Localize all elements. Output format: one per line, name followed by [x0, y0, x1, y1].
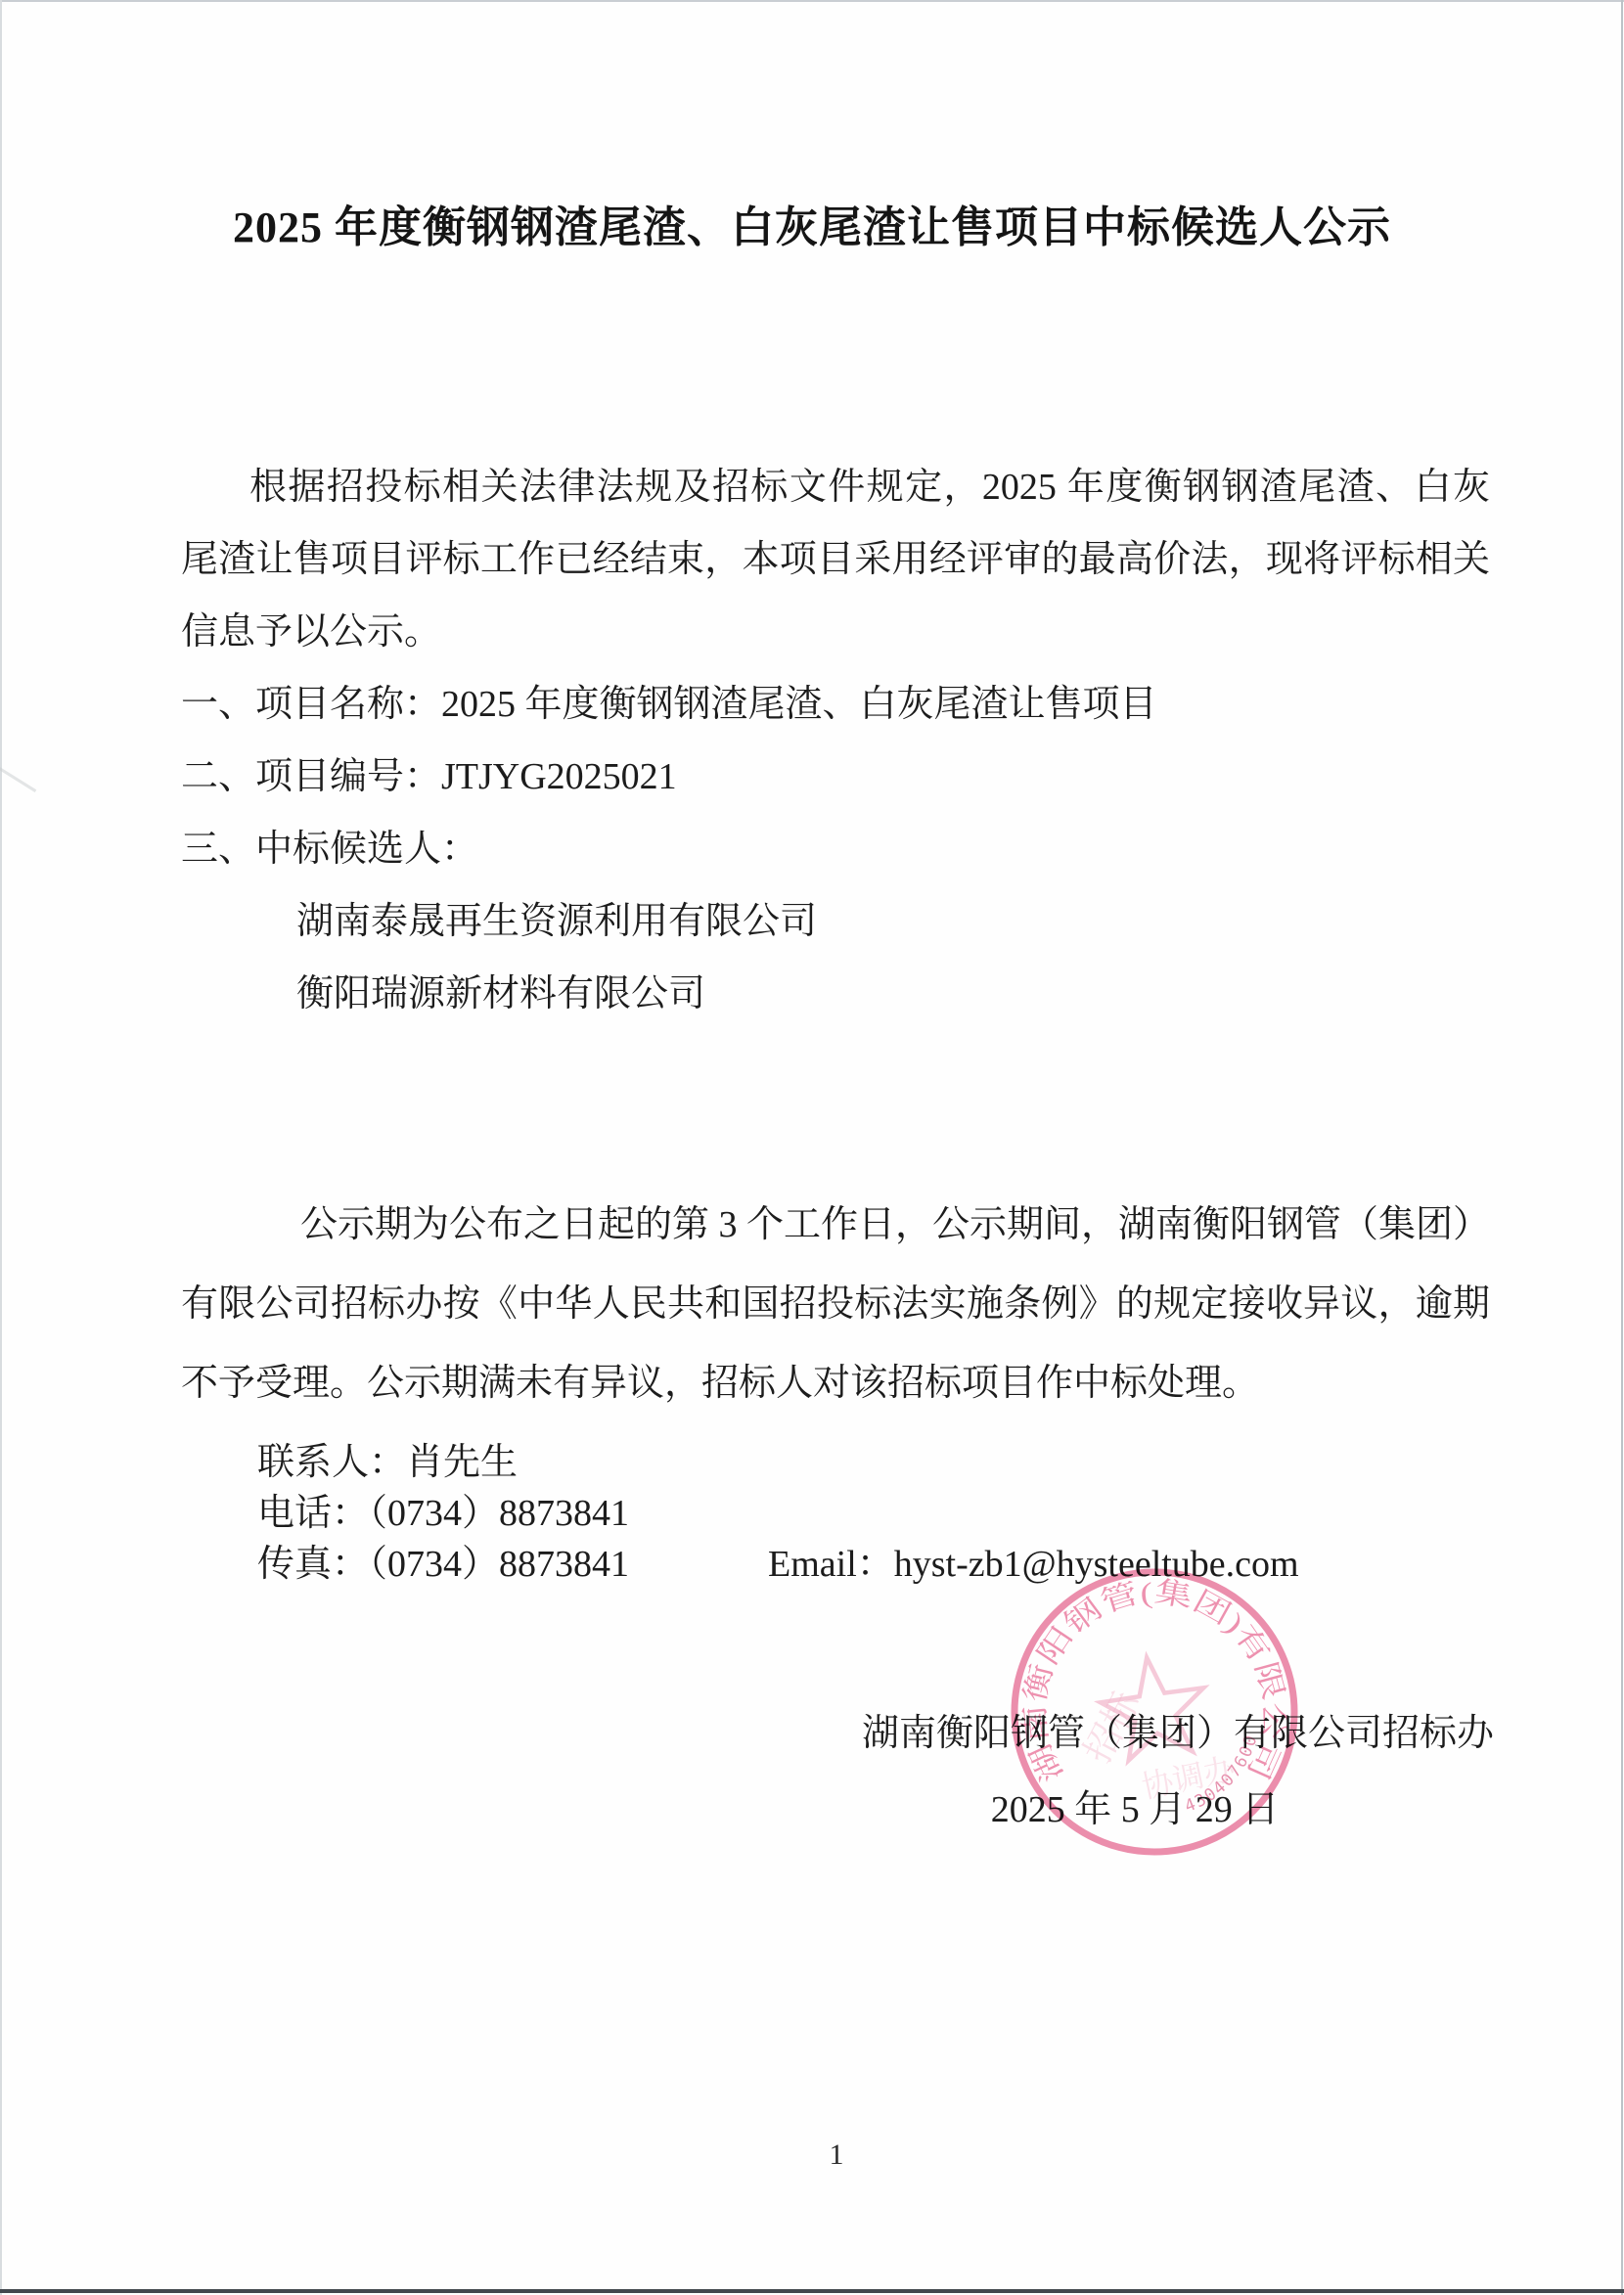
item-project-number: 二、项目编号：JTJYG2025021 — [181, 741, 1490, 813]
intro-line-3: 信息予以公示。 — [181, 596, 1490, 668]
notice-line-2: 有限公司招标办按《中华人民共和国招投标法实施条例》的规定接收异议，逾期 — [181, 1265, 1490, 1344]
intro-line-2: 尾渣让售项目评标工作已经结束，本项目采用经评审的最高价法，现将评标相关 — [181, 523, 1490, 596]
scan-smudge — [0, 766, 36, 792]
intro-line-1: 根据招投标相关法律法规及招标文件规定，2025 年度衡钢钢渣尾渣、白灰 — [181, 451, 1490, 523]
item-candidates-heading: 三、中标候选人： — [181, 813, 1490, 885]
candidate-1: 湖南泰晟再生资源利用有限公司 — [181, 885, 1605, 958]
scan-edge-right — [1621, 0, 1623, 2295]
candidate-2: 衡阳瑞源新材料有限公司 — [181, 958, 1605, 1030]
scan-edge-left — [0, 0, 2, 2295]
scan-edge-top — [0, 0, 1624, 2]
item-project-name: 一、项目名称：2025 年度衡钢钢渣尾渣、白灰尾渣让售项目 — [181, 668, 1490, 741]
contact-person: 联系人：肖先生 — [257, 1437, 1566, 1488]
notice-line-3: 不予受理。公示期满未有异议，招标人对该招标项目作中标处理。 — [181, 1344, 1490, 1423]
seal-ring — [1015, 1572, 1294, 1852]
scan-edge-bottom — [0, 2289, 1624, 2293]
notice-line-1: 公示期为公布之日起的第 3 个工作日，公示期间，湖南衡阳钢管（集团） — [181, 1186, 1490, 1265]
page-number: 1 — [0, 2138, 1624, 2172]
contact-phone: 电话：（0734）8873841 — [257, 1488, 1566, 1539]
company-seal-stamp: 湖南衡阳钢管(集团)有限公司 4304076001 招标 协调办 — [1008, 1565, 1301, 1859]
document-title: 2025 年度衡钢钢渣尾渣、白灰尾渣让售项目中标候选人公示 — [0, 199, 1624, 257]
document-page: 2025 年度衡钢钢渣尾渣、白灰尾渣让售项目中标候选人公示 根据招投标相关法律法… — [0, 0, 1624, 2295]
contact-fax-row: 传真：（0734）8873841 Email：hyst-zb1@hysteelt… — [257, 1539, 1566, 1590]
contact-fax: 传真：（0734）8873841 — [257, 1544, 629, 1585]
